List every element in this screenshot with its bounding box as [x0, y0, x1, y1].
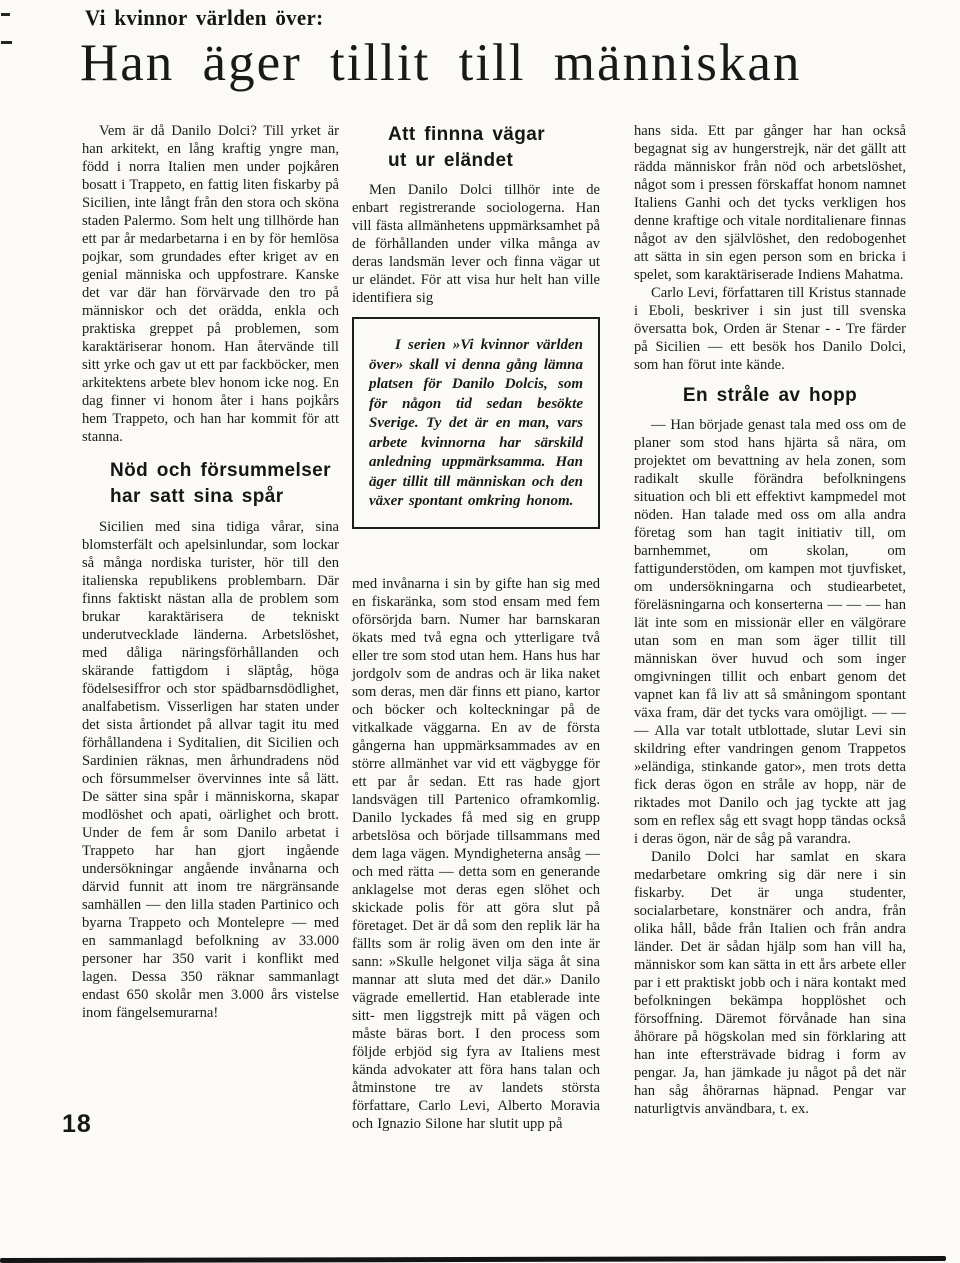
subheading-line: Att finnna vägar [388, 122, 600, 148]
paragraph: Danilo Dolci har samlat en skara medarbe… [634, 848, 906, 1118]
paragraph: hans sida. Ett par gånger har han också … [634, 122, 906, 284]
scan-speck [1, 41, 12, 44]
scan-artifact-line [0, 1256, 946, 1262]
subheading-line: ut ur eländet [388, 148, 600, 174]
column-left: Vem är då Danilo Dolci? Till yrket är ha… [82, 122, 339, 1022]
subheading-att-finna-vagar: Att finnna vägar ut ur eländet [352, 122, 600, 174]
column-middle: Att finnna vägar ut ur eländet Men Danil… [352, 122, 600, 1133]
series-kicker: Vi kvinnor världen över: [85, 5, 323, 31]
article-title: Han äger tillit till människan [80, 33, 880, 93]
paragraph: med invånarna i sin by gifte han sig med… [352, 575, 600, 1133]
paragraph: Men Danilo Dolci tillhör inte de enbart … [352, 181, 600, 307]
paragraph: — Han började genast tala med oss om de … [634, 416, 906, 848]
subheading-en-strale-av-hopp: En stråle av hopp [634, 383, 906, 409]
series-intro-box: I serien »Vi kvinnor världen över» skall… [352, 317, 600, 529]
paragraph: Carlo Levi, författaren till Kristus sta… [634, 284, 906, 374]
subheading-nod-och-forsummelser: Nöd och försummelser har satt sina spår [82, 458, 339, 510]
subheading-line: har satt sina spår [110, 484, 339, 510]
paragraph: Vem är då Danilo Dolci? Till yrket är ha… [82, 122, 339, 446]
subheading-line: Nöd och försummelser [110, 458, 339, 484]
scan-speck [1, 13, 10, 16]
page-number: 18 [62, 1110, 92, 1139]
scanned-magazine-page: Vi kvinnor världen över: Han äger tillit… [0, 0, 960, 1263]
series-intro-text: I serien »Vi kvinnor världen över» skall… [369, 336, 583, 512]
column-right: hans sida. Ett par gånger har han också … [634, 122, 906, 1118]
paragraph: Sicilien med sina tidiga vårar, sina blo… [82, 518, 339, 1022]
